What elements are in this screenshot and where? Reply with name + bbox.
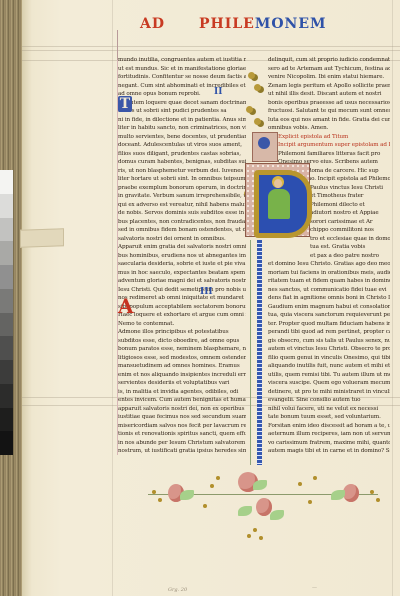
text-line: Admone illos principibus et potestatibus: [118, 328, 246, 337]
text-line: bonis operibus praeesse ad usus necessar…: [268, 99, 390, 108]
gold-spray-icon: [376, 498, 380, 502]
text-line: aeternum illum reciperes, iam non ut ser…: [268, 430, 390, 439]
gold-leaf-icon: [248, 72, 255, 79]
text-line: mundo inutilia, congruentes autem et ius…: [118, 56, 246, 65]
text-line: dens fiat in agnitione omnis boni in Chr…: [268, 294, 390, 303]
ruling-line-vertical: [112, 0, 113, 596]
text-line: fructuosi. Salutant te qui mecum sunt om…: [268, 107, 390, 116]
gold-spray-icon: [308, 500, 312, 504]
text-line: saecularia desideria, sobrie et iuste et…: [118, 260, 246, 269]
pencil-note-right: —: [312, 585, 317, 591]
saint-paul-figure: [266, 176, 292, 220]
text-line: bus hominibus, erudiens nos ut abnegante…: [118, 252, 246, 261]
running-title-ad: AD: [140, 16, 165, 32]
text-line: vo carissimum fratrem, maxime mihi, quan…: [268, 439, 390, 448]
text-line: is, in malitia et invidia agentes, odibi…: [118, 388, 246, 397]
text-line: mansuetudinem ad omnes homines. Eramus: [118, 362, 246, 371]
text-line: in gravitate. Verbum sanum irreprehensib…: [118, 192, 246, 201]
running-title: ADPHILEMONEM: [140, 16, 327, 32]
text-line: filio quem genui in vinculis Onesimo, qu…: [268, 354, 390, 363]
text-line: tua est. Gratia vobis: [268, 243, 390, 252]
text-line: sibi populum acceptabilem sectatorem bon…: [118, 303, 246, 312]
text-line: nihil volui facere, uti ne velut ex nece…: [268, 405, 390, 414]
text-line: doceant. Adulescentulas ut viros suos am…: [118, 141, 246, 150]
text-line: et domino Iesu Christo. Gratias ago deo …: [268, 260, 390, 269]
text-line: domus curam habentes, benignas, subditas…: [118, 158, 246, 167]
grayscale-color-card: [0, 170, 13, 455]
green-leaf-icon: [238, 506, 252, 516]
text-line: venire Nicopolim. Ibi enim statui hiemar…: [268, 73, 390, 82]
gold-spray-icon: [298, 482, 302, 486]
gold-spray-icon: [370, 490, 374, 494]
text-line: Iesu Christi. Qui dedit semetipsum pro n…: [118, 286, 246, 295]
ruling-line: [22, 50, 400, 51]
gold-leaf-icon: [254, 118, 261, 125]
text-line: gis obsecro, cum sis talis ut Paulus sen…: [268, 337, 390, 346]
text-line: Gaudium enim magnum habui et consolation…: [268, 303, 390, 312]
green-leaf-icon: [180, 490, 194, 500]
color-card-step: [0, 194, 13, 218]
green-leaf-icon: [253, 480, 267, 490]
text-line: Tu autem loquere quae decet sanam doctri…: [118, 99, 246, 108]
text-line: utilis, quem remisi tibi. Tu autem illum…: [268, 371, 390, 380]
text-line: servientes desideriis et voluptatibus va…: [118, 379, 246, 388]
text-line: Apparuit enim gratia dei salvatoris nost…: [118, 243, 246, 252]
text-line: Forsitan enim ideo discessit ad horam a …: [268, 422, 390, 431]
ruling-line-vertical: [392, 0, 393, 596]
text-line: luta eos qui nos amant in fide. Gratia d…: [268, 116, 390, 125]
text-column-left: mundo inutilia, congruentes autem et ius…: [118, 56, 246, 456]
text-line: de nobis. Servos dominis suis subditos e…: [118, 209, 246, 218]
text-line: nostrum, ut iustificati gratia ipsius he…: [118, 447, 246, 456]
pink-bloom-icon: [343, 484, 359, 502]
gold-spray-icon: [158, 498, 162, 502]
text-line: Nemo te contemnat.: [118, 320, 246, 329]
text-line: iustitiae quae fecimus nos sed secundum …: [118, 413, 246, 422]
page-tab-marker: [20, 228, 64, 248]
gold-spray-icon: [203, 504, 207, 508]
text-line: nos redimeret ab omni iniquitate et mund…: [118, 294, 246, 303]
text-line: bonum paratos esse, neminem blasphemare,…: [118, 345, 246, 354]
text-line: liter in habitu sancto, non criminatrice…: [118, 124, 246, 133]
text-line: Senes ut sobrii sint pudici prudentes sa: [118, 107, 246, 116]
text-line: salvatoris nostri dei ornent in omnibus.: [118, 235, 246, 244]
text-line: omnibus vobis. Amen.: [268, 124, 390, 133]
text-line: Philemoni familiares litteras facit pro: [268, 150, 390, 159]
text-line: in nos abunde per Iesum Christum salvato…: [118, 439, 246, 448]
text-line: fortitudinis. Confitentur se nosse deum …: [118, 73, 246, 82]
text-column-right: delinquit, cum sit proprio iudicio conde…: [268, 56, 390, 456]
rosette-icon: [258, 137, 270, 149]
text-line: negant. Cum sint abhominati et incredibi…: [118, 82, 246, 91]
green-leaf-icon: [270, 510, 284, 520]
gold-spray-icon: [216, 476, 220, 480]
gold-leaf-icon: [246, 106, 253, 113]
text-line: viscera suscipe. Quem ego volueram mecum: [268, 379, 390, 388]
color-card-step: [0, 265, 13, 289]
small-initial-p: [252, 132, 278, 162]
initial-t-blue: T: [118, 96, 132, 112]
blue-border-bar: [257, 240, 262, 465]
text-line: mus in hoc saeculo, expectantes beatam s…: [118, 269, 246, 278]
color-card-step: [0, 431, 13, 455]
green-leaf-icon: [331, 490, 345, 500]
text-line: praebe exemplum bonorum operum, in doctr…: [118, 184, 246, 193]
color-card-step: [0, 384, 13, 408]
text-line: ut est mundus. Sic et in manifestatione …: [118, 65, 246, 74]
running-title-phile: PHILE: [199, 16, 255, 32]
text-line: moriam tui faciens in orationibus meis, …: [268, 269, 390, 278]
pencil-note-left: Grg. 20: [168, 587, 187, 593]
color-card-step: [0, 241, 13, 265]
gold-spray-icon: [210, 484, 214, 488]
text-line: Zenam legis peritum et Apollo sollicite …: [268, 82, 390, 91]
text-line: et pax a deo patre nostro: [268, 252, 390, 261]
text-line: evangelii. Sine consilio autem tuo: [268, 396, 390, 405]
gold-leaf-icon: [254, 84, 261, 91]
text-line: detinere, ut pro te mihi ministraret in …: [268, 388, 390, 397]
gold-spray-icon: [152, 490, 156, 494]
text-line: ad omne opus bonum reprobi.: [118, 90, 246, 99]
text-line: perandi tibi quod ad rem pertinet, propt…: [268, 328, 390, 337]
text-line: autem magis tibi et in carne et in domin…: [268, 447, 390, 456]
color-card-step: [0, 170, 13, 194]
text-line: ut nihil illis desit. Discant autem et n…: [268, 90, 390, 99]
text-line: secundum spem vitae aeternae. Fidelis se…: [118, 456, 246, 457]
text-line: aliquando inutilis fuit, nunc autem et m…: [268, 362, 390, 371]
face: [274, 179, 282, 188]
text-line: enim et nos aliquando insipientes incred…: [118, 371, 246, 380]
text-line: litigiosos esse, sed modestos, omnem ost…: [118, 354, 246, 363]
text-line: multo servientes, bene docentes, ut prud…: [118, 133, 246, 142]
gold-spray-icon: [253, 528, 257, 532]
initial-a-red: A: [118, 297, 134, 315]
ruling-line: [22, 46, 400, 47]
color-card-step: [0, 336, 13, 360]
text-line: apparuit salvatoris nostri dei, non ex o…: [118, 405, 246, 414]
chapter-number-ii: II: [214, 87, 222, 97]
text-line: sero ad te Artemam aut Tychicum, festina…: [268, 65, 390, 74]
text-line: liter hortare ut sobrii sint. In omnibus…: [118, 175, 246, 184]
text-line: Haec loquere et exhortare et argue cum o…: [118, 311, 246, 320]
text-line: subditos esse, dicto oboedire, ad omne o…: [118, 337, 246, 346]
text-line: autem et vinctus Iesu Christi. Obsecro t…: [268, 345, 390, 354]
chapter-number-iii: III: [200, 287, 213, 297]
text-line: misericordiam salvos nos fecit per lavac…: [118, 422, 246, 431]
gold-spray-icon: [259, 536, 263, 540]
text-line: entes invicem. Cum autem benignitas et h…: [118, 396, 246, 405]
text-line: Explicit epistola ad Titum: [268, 133, 390, 142]
color-card-step: [0, 313, 13, 337]
green-robe: [268, 189, 290, 219]
color-card-step: [0, 218, 13, 242]
color-card-step: [0, 408, 13, 432]
text-line: tua, quia viscera sanctorum requieverunt…: [268, 311, 390, 320]
text-line: Incipit argumentum super epistolam ad Ph…: [268, 141, 390, 150]
text-line: nes sanctos, ut communicatio fidei tuae …: [268, 286, 390, 295]
gold-spray-icon: [247, 534, 251, 538]
gold-spray-icon: [313, 476, 317, 480]
text-line: ris, ut non blasphemetur verbum dei. Iuv…: [118, 167, 246, 176]
color-card-step: [0, 289, 13, 313]
text-line: ter. Propter quod multam fiduciam habens…: [268, 320, 390, 329]
text-line: ritatem tuam et fidem quam habes in domi…: [268, 277, 390, 286]
text-line: qui ex adverso est vereatur, nihil haben…: [118, 201, 246, 210]
floral-bas-de-page: [138, 470, 388, 550]
text-line: delinquit, cum sit proprio iudicio conde…: [268, 56, 390, 65]
historiated-initial-p: [245, 163, 310, 237]
text-line: bus placentes, non contradicentes, non f…: [118, 218, 246, 227]
text-line: habes me socium, suscipe illum sicut me.…: [268, 456, 390, 457]
text-line: adventum gloriae magni dei et salvatoris…: [118, 277, 246, 286]
color-card-step: [0, 360, 13, 384]
text-line: sed in omnibus fidem bonam ostendentes, …: [118, 226, 246, 235]
running-title-monem: MONEM: [255, 16, 327, 32]
text-line: filios suos diligant, prudentes castas s…: [118, 150, 246, 159]
text-line: ni in fide, in dilectione et in patienti…: [118, 116, 246, 125]
text-line: tate bonum tuum esset, sed voluntarium.: [268, 413, 390, 422]
text-line: tionis et renovationis spiritus sancti, …: [118, 430, 246, 439]
